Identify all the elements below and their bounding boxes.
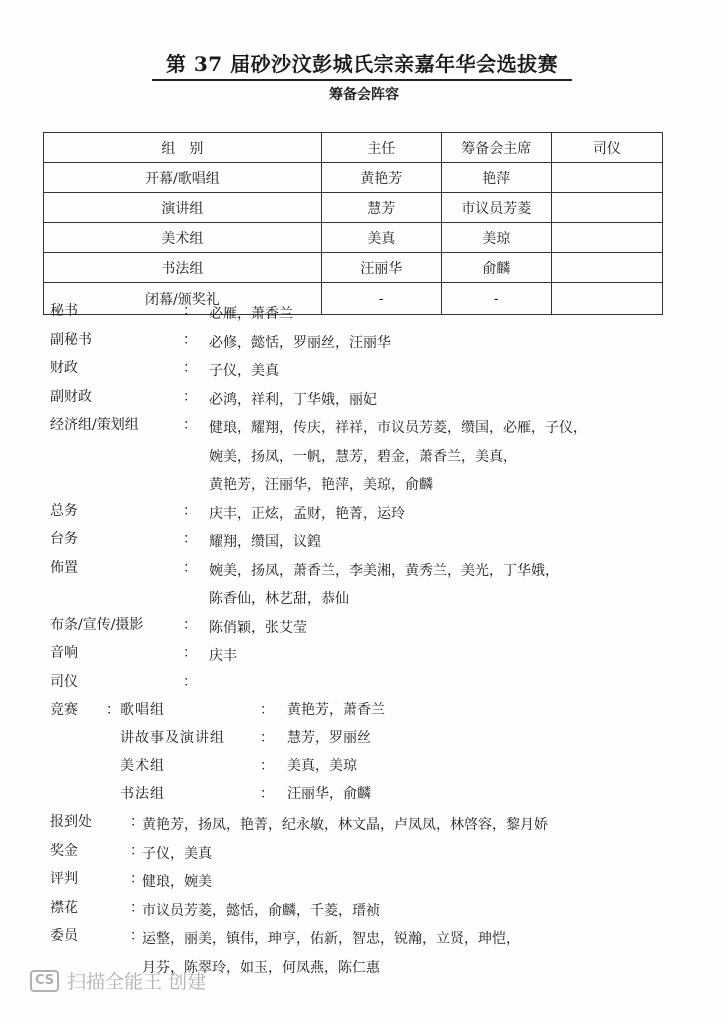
role-members: 子仪，美真 [209,357,710,386]
members-line: 婉美，扬凤，一帆，慧芳，碧金，萧香兰，美真， [209,449,517,465]
cell-emcee [551,193,662,223]
document-subtitle: 筹备会阵容 [0,84,728,104]
role-members: 子仪，美真 [142,840,710,869]
competition-group-name: 讲故事及演讲组 [120,727,225,747]
role-label: 音响 [50,642,78,662]
members-line: 健琅，耀翔，传庆，祥祥，市议员芳菱，缵国，必雁，子仪， [209,420,587,436]
role-label: 委员 [50,925,78,945]
colon: ： [130,925,144,945]
role-label: 经济组/策划组 [50,414,139,434]
members-line: 陈香仙，林艺甜，恭仙 [209,591,349,607]
header-chair: 筹备会主席 [441,133,551,163]
role-row-deputy-treasurer: 副财政 ： 必鸿，祥利，丁华娥，丽妃 [50,386,710,415]
colon: ： [183,414,197,434]
role-row-treasurer: 财政 ： 子仪，美真 [50,357,710,386]
cell-director: 汪丽华 [321,253,441,283]
role-row-decoration: 佈置 ： 婉美，扬凤，萧香兰，李美湘，黄秀兰，美光，丁华娥， 陈香仙，林艺甜，恭… [50,557,710,614]
role-label: 襟花 [50,897,78,917]
role-members: 庆丰，正炫，孟财，艳菁，运玲 [209,500,710,529]
colon: ： [260,727,274,747]
competition-label: 竞赛 [50,699,78,719]
cell-group: 开幕/歌唱组 [44,163,322,193]
competition-row: 书法组 ： 汪丽华，俞麟 [50,783,710,811]
role-row-secretary: 秘书 ： 必雁，萧香兰 [50,300,710,329]
competition-row: 讲故事及演讲组 ： 慧芳，罗丽丝 [50,727,710,755]
cell-emcee [551,163,662,193]
colon: ： [183,557,197,577]
table-header-row: 组 别 主任 筹备会主席 司仪 [44,133,663,163]
role-row-prize-money: 奖金 ： 子仪，美真 [50,840,710,869]
members-line: 子仪，美真 [142,846,212,862]
role-members: 市议员芳菱，懿恬，俞麟，千菱，瑨祯 [142,897,710,926]
members-line: 市议员芳菱，懿恬，俞麟，千菱，瑨祯 [142,903,380,919]
colon: ： [183,642,197,662]
members-line: 耀翔，缵国，议鍠 [209,534,321,550]
committee-table: 组 别 主任 筹备会主席 司仪 开幕/歌唱组 黄艳芳 艳萍 演讲组 慧芳 市议员… [43,132,663,315]
role-row-registration: 报到处 ： 黄艳芳，扬凤，艳菁，纪永敏，林文晶，卢凤凤，林啓容，黎月娇 [50,811,710,840]
cell-emcee [551,253,662,283]
role-members: 黄艳芳，扬凤，艳菁，纪永敏，林文晶，卢凤凤，林啓容，黎月娇 [142,811,710,840]
competition-group-members: 美真，美琼 [287,755,357,775]
cell-group: 演讲组 [44,193,322,223]
colon: ： [183,500,197,520]
role-label: 总务 [50,500,78,520]
role-label: 评判 [50,868,78,888]
role-label: 财政 [50,357,78,377]
scanner-watermark: CS 扫描全能王 创建 [30,967,206,994]
colon: ： [183,614,197,634]
role-label: 报到处 [50,811,92,831]
document-title: 第 37 届砂沙汶彭城氏宗亲嘉年华会选拔赛 [152,48,572,81]
role-row-general-affairs: 总务 ： 庆丰，正炫，孟财，艳菁，运玲 [50,500,710,529]
table-row: 美术组 美真 美琼 [44,223,663,253]
role-members: 必修，懿恬，罗丽丝，汪丽华 [209,329,710,358]
role-label: 佈置 [50,557,78,577]
header-group: 组 别 [44,133,322,163]
role-row-sound: 音响 ： 庆丰 [50,642,710,671]
members-line: 黄艳芳，汪丽华，艳萍，美琼，俞麟 [209,477,433,493]
cell-director: 黄艳芳 [321,163,441,193]
role-list: 秘书 ： 必雁，萧香兰 副秘书 ： 必修，懿恬，罗丽丝，汪丽华 财政 ： 子仪，… [50,300,710,982]
role-row-corsage: 襟花 ： 市议员芳菱，懿恬，俞麟，千菱，瑨祯 [50,897,710,926]
members-line: 必鸿，祥利，丁华娥，丽妃 [209,392,377,408]
role-row-economic-planning: 经济组/策划组 ： 健琅，耀翔，传庆，祥祥，市议员芳菱，缵国，必雁，子仪， 婉美… [50,414,710,500]
cell-group: 书法组 [44,253,322,283]
role-members: 陈俏颖，张艾莹 [209,614,710,643]
header-director: 主任 [321,133,441,163]
competition-row: 美术组 ： 美真，美琼 [50,755,710,783]
cell-chair: 艳萍 [441,163,551,193]
role-members: 庆丰 [209,642,710,671]
colon: ： [260,755,274,775]
colon: ： [130,811,144,831]
role-members: 婉美，扬凤，萧香兰，李美湘，黄秀兰，美光，丁华娥， 陈香仙，林艺甜，恭仙 [209,557,710,614]
members-line: 庆丰，正炫，孟财，艳菁，运玲 [209,506,405,522]
role-label: 副秘书 [50,329,92,349]
role-row-deputy-secretary: 副秘书 ： 必修，懿恬，罗丽丝，汪丽华 [50,329,710,358]
role-row-stage-affairs: 台务 ： 耀翔，缵国，议鍠 [50,528,710,557]
role-label: 副财政 [50,386,92,406]
cell-emcee [551,223,662,253]
role-label: 秘书 [50,300,78,320]
competition-group-members: 慧芳，罗丽丝 [287,727,371,747]
competition-row: 竞赛 ： 歌唱组 ： 黄艳芳，萧香兰 [50,699,710,727]
colon: ： [183,329,197,349]
colon: ： [130,868,144,888]
role-row-banner-publicity-photo: 布条/宣传/摄影 ： 陈俏颖，张艾莹 [50,614,710,643]
competition-group-members: 汪丽华，俞麟 [287,783,371,803]
header-emcee: 司仪 [551,133,662,163]
cell-director: 慧芳 [321,193,441,223]
members-line: 陈俏颖，张艾莹 [209,620,307,636]
colon: ： [183,386,197,406]
colon: ： [260,699,274,719]
role-label: 台务 [50,528,78,548]
role-members: 健琅，耀翔，传庆，祥祥，市议员芳菱，缵国，必雁，子仪， 婉美，扬凤，一帆，慧芳，… [209,414,710,500]
members-line [209,677,213,693]
role-members: 必雁，萧香兰 [209,300,710,329]
colon: ： [130,840,144,860]
competition-group-members: 黄艳芳，萧香兰 [287,699,385,719]
competition-group-name: 歌唱组 [120,699,165,719]
members-line: 庆丰 [209,648,237,664]
members-line: 子仪，美真 [209,363,279,379]
colon: ： [260,783,274,803]
role-members: 健琅，婉美 [142,868,710,897]
members-line: 运整，丽美，镇伟，珅亨，佑新，智忠，锐瀚，立贤，珅恺， [142,931,520,947]
colon: ： [183,671,197,691]
colon: ： [130,897,144,917]
role-row-judging: 评判 ： 健琅，婉美 [50,868,710,897]
watermark-text: 扫描全能王 创建 [67,967,206,994]
colon: ： [183,357,197,377]
role-label: 布条/宣传/摄影 [50,614,143,634]
role-members: 运整，丽美，镇伟，珅亨，佑新，智忠，锐瀚，立贤，珅恺， 月芬，陈翠玲，如玉，何凤… [142,925,710,982]
colon: ： [183,300,197,320]
members-line: 婉美，扬凤，萧香兰，李美湘，黄秀兰，美光，丁华娥， [209,563,559,579]
colon: ： [183,528,197,548]
role-label: 奖金 [50,840,78,860]
camscanner-logo-icon: CS [30,970,59,992]
members-line: 健琅，婉美 [142,874,212,890]
table-row: 开幕/歌唱组 黄艳芳 艳萍 [44,163,663,193]
cell-group: 美术组 [44,223,322,253]
competition-group-name: 书法组 [120,783,165,803]
role-members: 必鸿，祥利，丁华娥，丽妃 [209,386,710,415]
members-line: 必雁，萧香兰 [209,306,293,322]
cell-director: 美真 [321,223,441,253]
members-line: 黄艳芳，扬凤，艳菁，纪永敏，林文晶，卢凤凤，林啓容，黎月娇 [142,817,548,833]
role-members: 耀翔，缵国，议鍠 [209,528,710,557]
cell-chair: 俞麟 [441,253,551,283]
role-row-emcee: 司仪 ： [50,671,710,700]
members-line: 必修，懿恬，罗丽丝，汪丽华 [209,335,391,351]
colon: ： [106,699,120,719]
table-row: 书法组 汪丽华 俞麟 [44,253,663,283]
role-label: 司仪 [50,671,78,691]
role-members [209,671,710,700]
table-row: 演讲组 慧芳 市议员芳菱 [44,193,663,223]
cell-chair: 市议员芳菱 [441,193,551,223]
competition-group-name: 美术组 [120,755,165,775]
cell-chair: 美琼 [441,223,551,253]
